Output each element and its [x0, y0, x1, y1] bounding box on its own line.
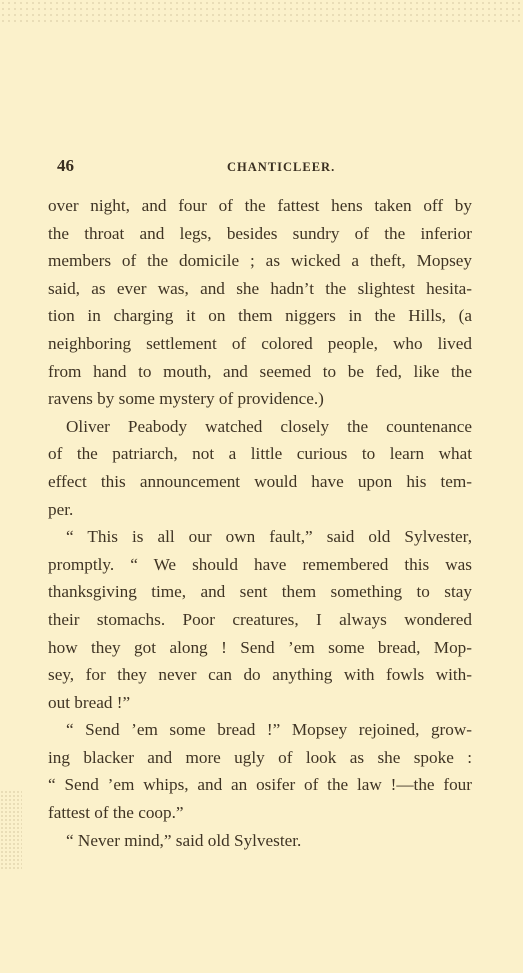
text-line: out bread !”	[48, 689, 472, 717]
running-title: CHANTICLEER.	[227, 160, 335, 175]
paper-speckle-top	[0, 0, 523, 22]
text-line: neighboring settlement of colored people…	[48, 330, 472, 358]
paper-speckle-left	[0, 790, 22, 870]
text-line: tion in charging it on them niggers in t…	[48, 302, 472, 330]
text-line: sey, for they never can do anything with…	[48, 661, 472, 689]
text-line: effect this announcement would have upon…	[48, 468, 472, 496]
body-text: over night, and four of the fattest hens…	[48, 192, 472, 854]
text-line: members of the domicile ; as wicked a th…	[48, 247, 472, 275]
text-line: per.	[48, 496, 472, 524]
running-head: 46 CHANTICLEER.	[57, 156, 453, 176]
text-line: how they got along ! Send ’em some bread…	[48, 634, 472, 662]
text-line: “ Send ’em some bread !” Mopsey rejoined…	[48, 716, 472, 744]
text-line: ravens by some mystery of providence.)	[48, 385, 472, 413]
text-line: “ This is all our own fault,” said old S…	[48, 523, 472, 551]
text-line: of the patriarch, not a little curious t…	[48, 440, 472, 468]
text-line: thanksgiving time, and sent them somethi…	[48, 578, 472, 606]
text-line: the throat and legs, besides sundry of t…	[48, 220, 472, 248]
text-line: Oliver Peabody watched closely the count…	[48, 413, 472, 441]
text-line: “ Send ’em whips, and an osifer of the l…	[48, 771, 472, 799]
text-line: “ Never mind,” said old Sylvester.	[48, 827, 472, 855]
text-line: ing blacker and more ugly of look as she…	[48, 744, 472, 772]
page-number: 46	[57, 156, 74, 176]
text-line: said, as ever was, and she hadn’t the sl…	[48, 275, 472, 303]
text-line: their stomachs. Poor creatures, I always…	[48, 606, 472, 634]
text-line: fattest of the coop.”	[48, 799, 472, 827]
text-line: over night, and four of the fattest hens…	[48, 192, 472, 220]
text-line: promptly. “ We should have remembered th…	[48, 551, 472, 579]
text-line: from hand to mouth, and seemed to be fed…	[48, 358, 472, 386]
